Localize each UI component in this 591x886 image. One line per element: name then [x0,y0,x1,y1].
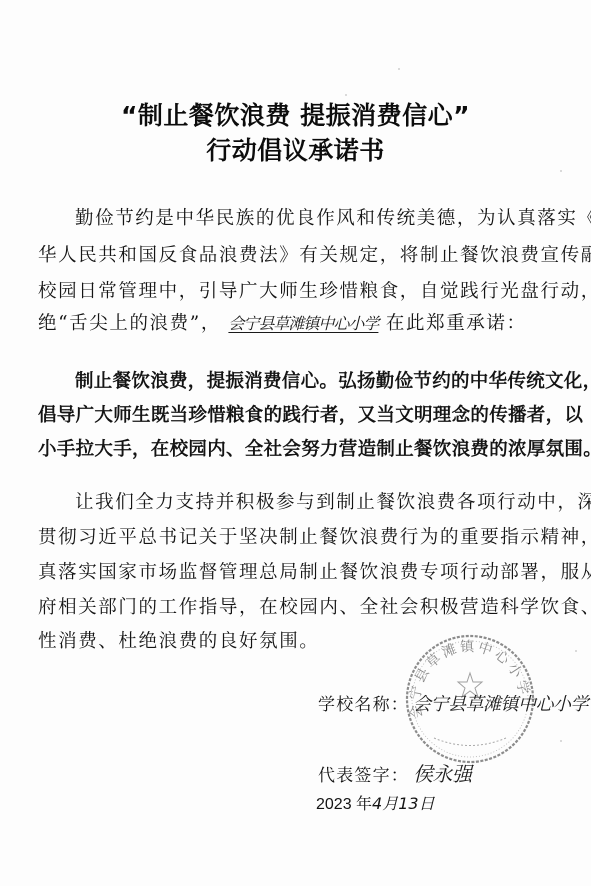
paragraph1-last-line: 绝“舌尖上的浪费”， 会宁县草滩镇中心小学 在此郑重承诺： [38,309,556,335]
paragraph1-prefix: 绝“舌尖上的浪费”， [38,313,221,334]
document-page: “制止餐饮浪费 提振消费信心” 行动倡议承诺书 勤俭节约是中华民族的优良作风和传… [0,0,591,886]
scan-speck [560,740,562,742]
school-name-label: 学校名称： [318,695,409,715]
paragraph2-line: 小手拉大手，在校园内、全社会努力营造制止餐饮浪费的浓厚氛围。 [38,435,556,461]
paragraph3-line: 府相关部门的工作指导，在校园内、全社会积极营造科学饮食、理 [38,593,556,619]
paragraph3-line: 贯彻习近平总书记关于坚决制止餐饮浪费行为的重要指示精神，认 [38,523,556,549]
date-handwritten: 4月13日 [372,794,435,813]
representative-signature: 侯永强 [413,762,472,786]
document-date: 2023 年4月13日 [316,791,435,814]
school-name-row: 学校名称：会宁县草滩镇中心小学 [318,690,588,716]
paragraph1-line: 校园日常管理中，引导广大师生珍惜粮食，自觉践行光盘行动，杜 [38,277,556,303]
representative-signature-row: 代表签字：侯永强 [318,758,472,787]
paragraph3-line: 真落实国家市场监督管理总局制止餐饮浪费专项行动部署，服从政 [38,558,556,584]
scan-speck [398,68,400,70]
scan-speck [575,650,577,652]
paragraph2-line: 制止餐饮浪费，提振消费信心。弘扬勤俭节约的中华传统文化， [75,367,556,393]
paragraph1-suffix: 在此郑重承诺： [386,313,527,334]
scan-speck [345,94,347,96]
school-name-handwritten: 会宁县草滩镇中心小学 [413,694,588,715]
paragraph1-line: 勤俭节约是中华民族的优良作风和传统美德，为认真落实《中 [75,204,556,230]
paragraph3-line: 让我们全力支持并积极参与到制止餐饮浪费各项行动中，深入 [75,488,556,514]
date-printed-year: 2023 年 [316,796,372,813]
handwritten-school-name: 会宁县草滩镇中心小学 [228,314,378,333]
paragraph2-line: 倡导广大师生既当珍惜粮食的践行者，又当文明理念的传播者，以 [38,401,556,427]
scan-speck [560,170,562,172]
document-title-line1: “制止餐饮浪费 提振消费信心” [0,96,591,132]
document-title-line2: 行动倡议承诺书 [0,131,591,167]
representative-label: 代表签字： [318,766,409,786]
paragraph1-line: 华人民共和国反食品浪费法》有关规定，将制止餐饮浪费宣传融入 [38,241,556,267]
